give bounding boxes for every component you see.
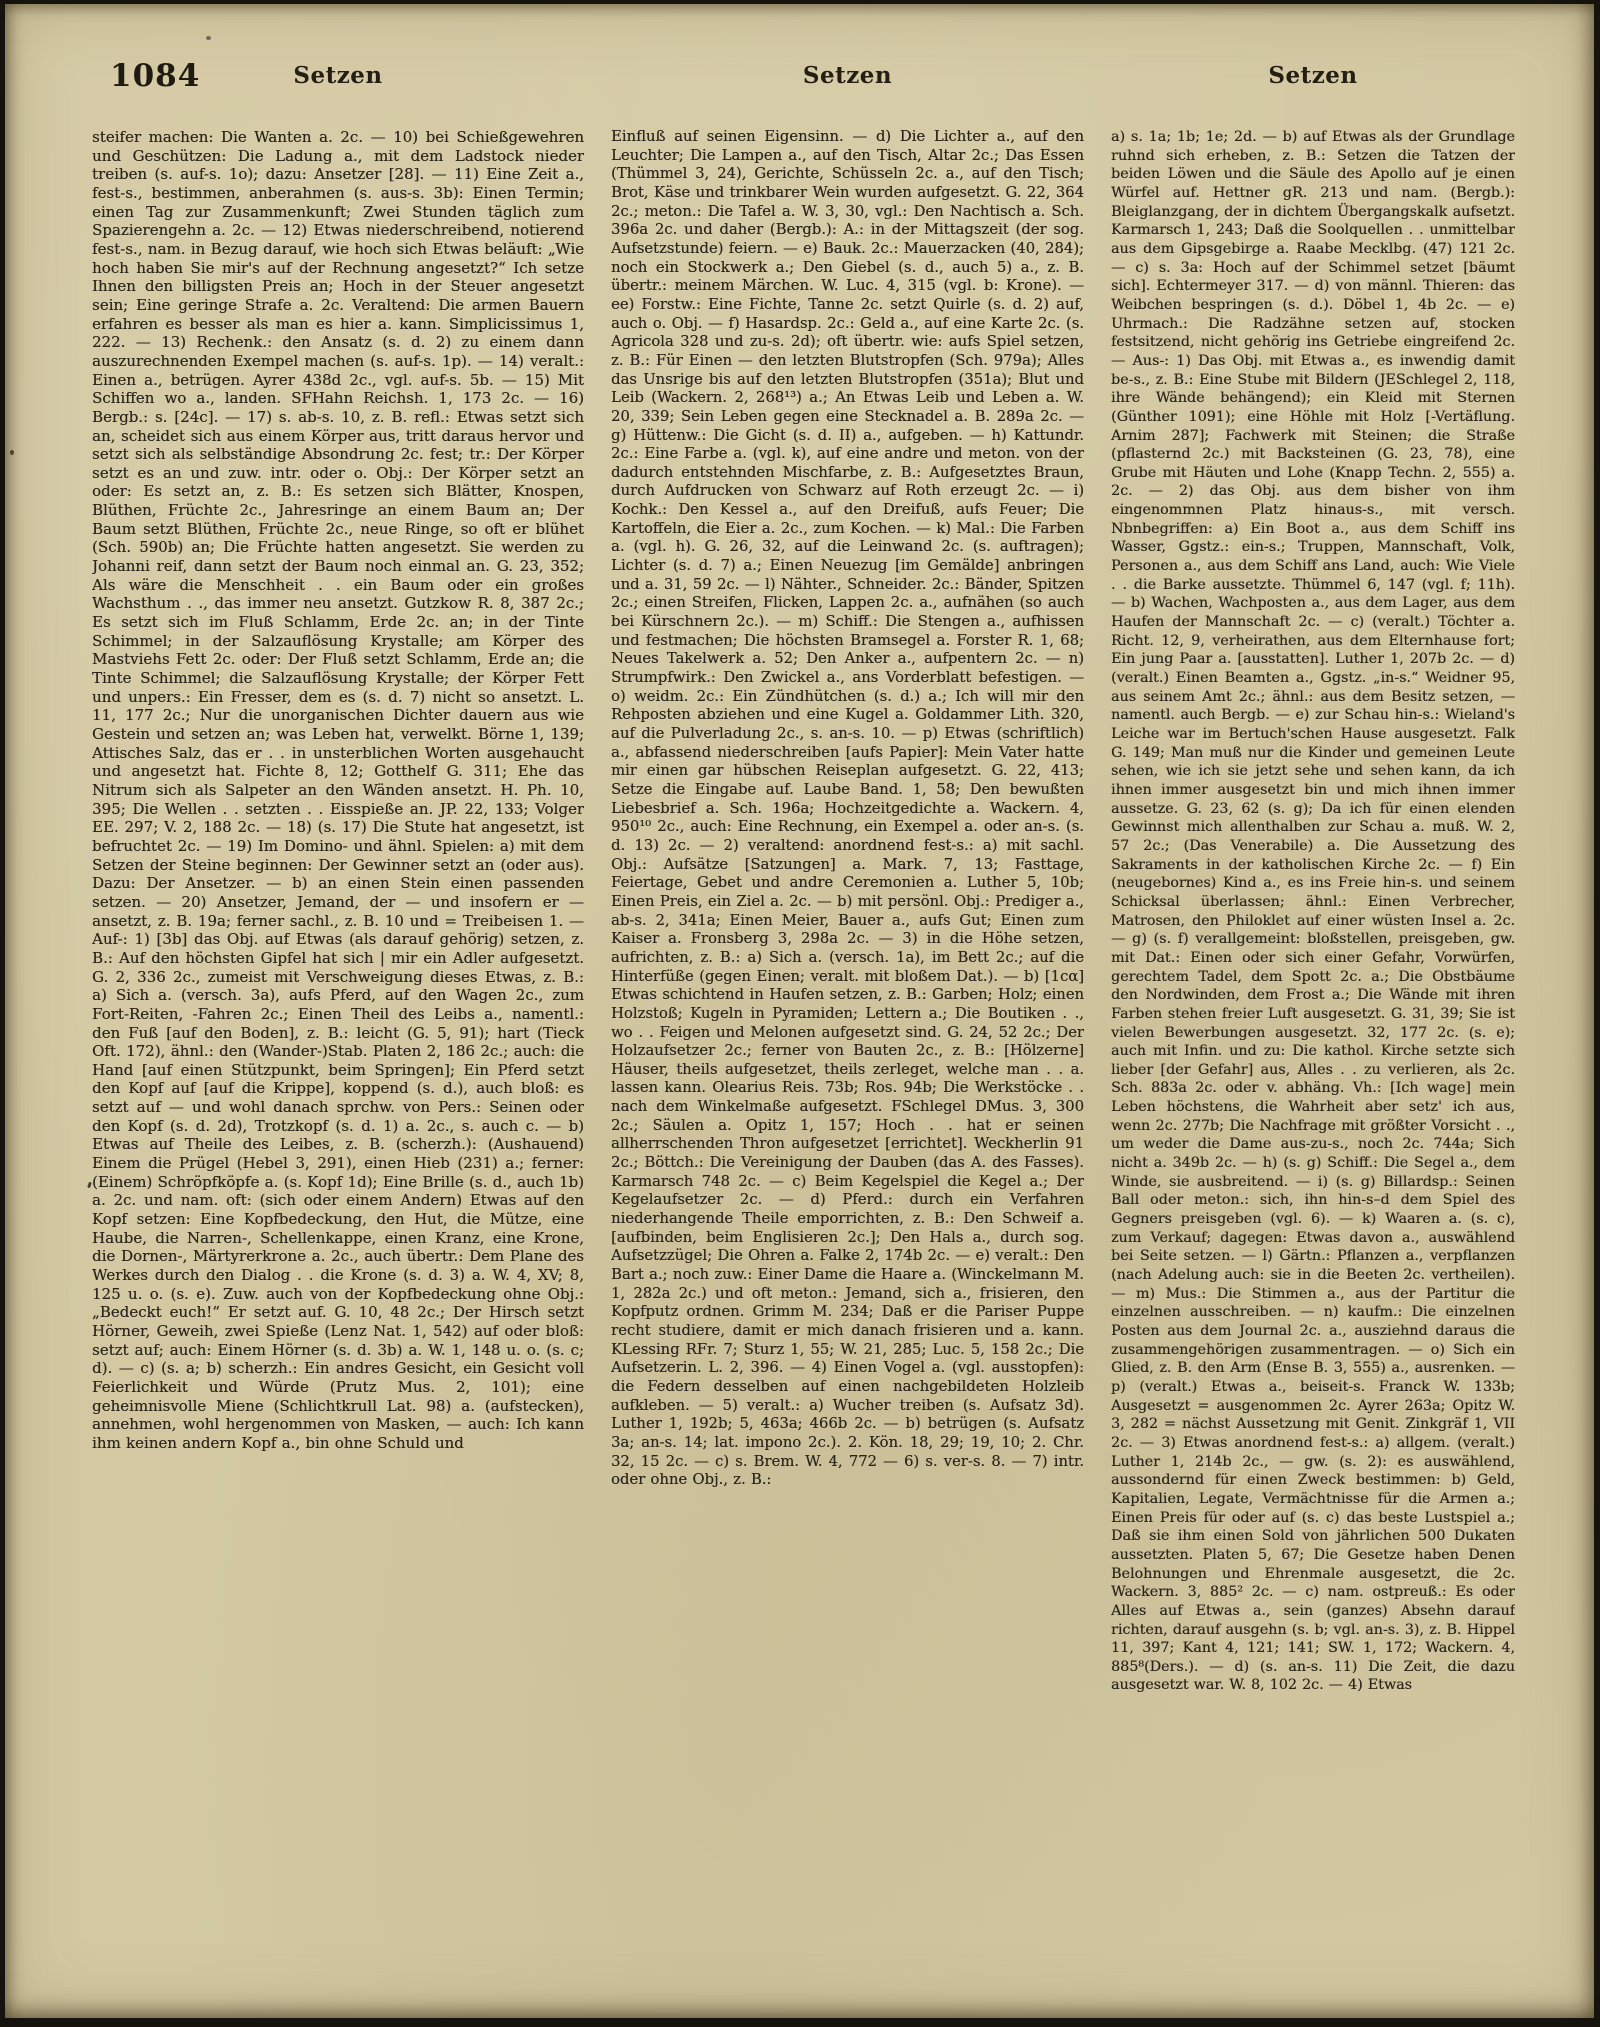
scan-speck (206, 36, 211, 40)
scan-speck (10, 450, 14, 455)
scanned-dictionary-page: 1084 Setzen Setzen Setzen steifer machen… (5, 4, 1594, 2018)
page-header: 1084 Setzen Setzen Setzen (92, 56, 1515, 102)
dictionary-column-1: steifer machen: Die Wanten a. 2c. — 10) … (92, 128, 584, 1922)
running-head-column-1: Setzen (92, 62, 584, 89)
dictionary-column-3: a) s. 1a; 1b; 1e; 2d. — b) auf Etwas als… (1111, 128, 1515, 1922)
running-head-column-2: Setzen (611, 62, 1084, 89)
dictionary-text-columns: steifer machen: Die Wanten a. 2c. — 10) … (92, 128, 1515, 1922)
dictionary-column-2: Einfluß auf seinen Eigensinn. — d) Die L… (611, 128, 1084, 1922)
running-head-column-3: Setzen (1111, 62, 1515, 89)
running-heads: Setzen Setzen Setzen (92, 62, 1515, 89)
